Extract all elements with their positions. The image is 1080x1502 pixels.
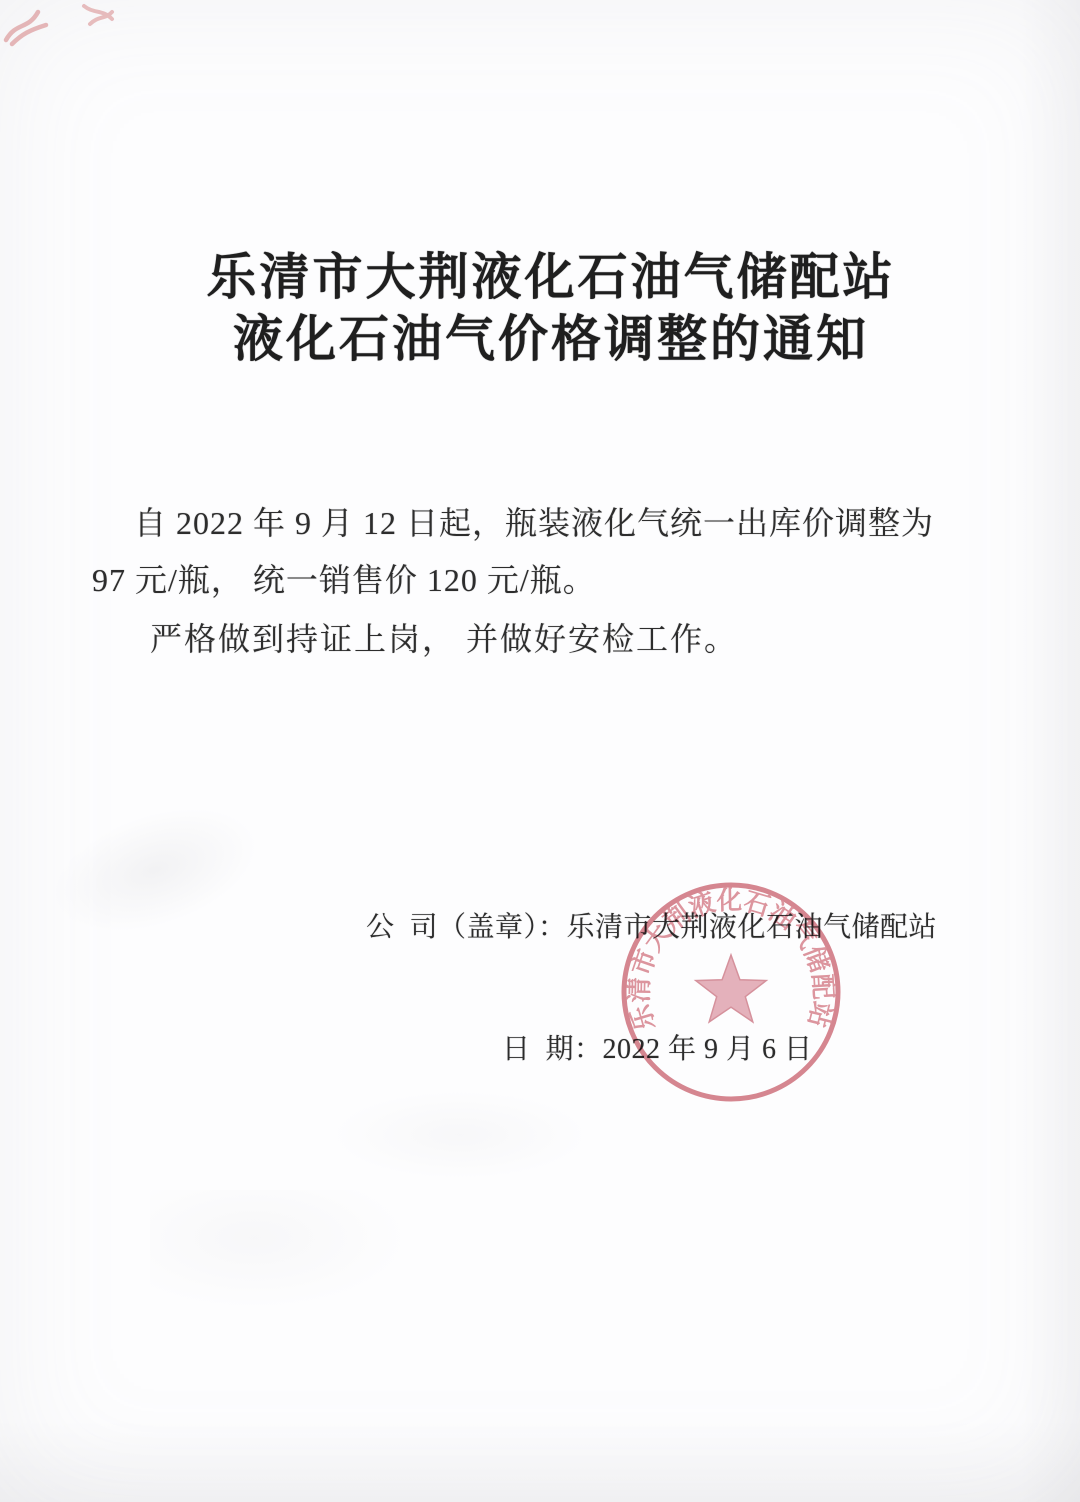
seal-company-text: 乐清市大荆液化石油气储配站 <box>624 885 839 1035</box>
body-line-1: 自 2022 年 9 月 12 日起，瓶装液化气统一出库价调整为 <box>134 503 934 543</box>
scan-shadow-bottom <box>0 1420 1080 1502</box>
seal-text: 乐清市大荆液化石油气储配站 <box>624 885 839 1035</box>
body-line-2: 97 元/瓶， 统一销售价 120 元/瓶。 <box>92 560 596 600</box>
date-line: 日 期：2022 年 9 月 6 日 <box>502 1032 813 1068</box>
scan-smudge <box>27 777 283 962</box>
scan-smudge <box>330 1090 590 1180</box>
seal-star-icon <box>696 955 766 1022</box>
notice-title-line1: 乐清市大荆液化石油气储配站 <box>0 246 1080 308</box>
body-line-3: 严格做到持证上岗， 并做好安检工作。 <box>150 619 738 659</box>
red-pen-scribbles <box>0 0 160 56</box>
notice-title-line2: 液化石油气价格调整的通知 <box>0 308 1080 370</box>
scan-shadow-right <box>1020 0 1080 1502</box>
company-seal-line: 公 司（盖章）：乐清市大荆液化石油气储配站 <box>366 910 937 946</box>
red-scribble-stroke <box>6 12 46 44</box>
official-round-seal: 乐清市大荆液化石油气储配站 <box>609 870 853 1114</box>
scanned-notice-page: 乐清市大荆液化石油气储配站 液化石油气价格调整的通知 自 2022 年 9 月 … <box>0 0 1080 1502</box>
scan-smudge <box>150 1190 410 1310</box>
red-scribble-stroke <box>84 6 112 24</box>
